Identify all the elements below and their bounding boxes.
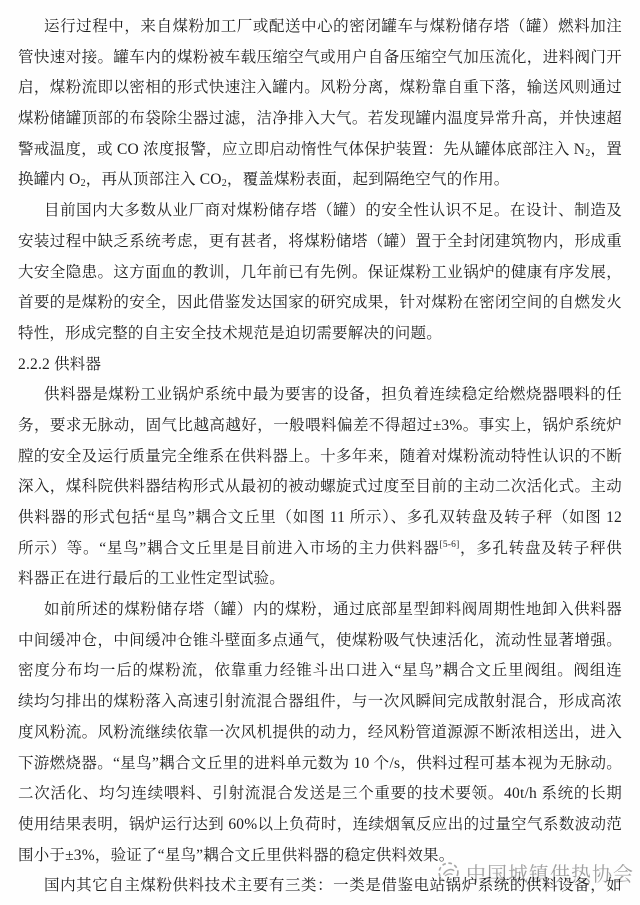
text-line: 换罐内 O2，再从顶部注入 CO2，覆盖煤粉表面，起到隔绝空气的作用。 [18, 165, 622, 196]
citation-superscript: [5-6] [439, 540, 459, 550]
text-line: 供料器是煤粉工业锅炉系统中最为要害的设备，担负着连续稳定给燃烧器喂料的任 [18, 380, 622, 411]
text-line: 深入，煤科院供料器结构形式从最初的被动螺旋式过度至目前的主动二次活化式。主动 [18, 472, 622, 503]
text-line: 密度分布均一后的煤粉流，依靠重力经锥斗出口进入“星鸟”耦合文丘里阀组。阀组连 [18, 656, 622, 687]
text-line: 围小于±3%，验证了“星鸟”耦合文丘里供料器的稳定供料效果。 [18, 841, 622, 872]
text-line: 警戒温度，或 CO 浓度报警，应立即启动惰性气体保护装置：先从罐体底部注入 N2… [18, 135, 622, 166]
text-line: 特性，形成完整的自主安全技术规范是迫切需要解决的问题。 [18, 319, 622, 350]
text-line: 膛的安全及运行质量完全维系在供料器上。十多年来，随着对煤粉流动特性认识的不断 [18, 442, 622, 473]
text-line: 运行过程中，来自煤粉加工厂或配送中心的密闭罐车与煤粉储存塔（罐）燃料加注 [18, 12, 622, 43]
text-line: 煤粉储罐顶部的布袋除尘器过滤，洁净排入大气。若发现罐内温度异常升高，并快速超 [18, 104, 622, 135]
text-line: 二次活化、均匀连续喂料、引射流混合发送是三个重要的技术要领。40t/h 系统的长… [18, 779, 622, 810]
text-line: 下游燃烧器。“星鸟”耦合文丘里的进料单元数为 10 个/s，供料过程可基本视为无… [18, 749, 622, 780]
text-line: 务，要求无脉动，固气比越高越好，一般喂料偏差不得超过±3%。事实上，锅炉系统炉 [18, 411, 622, 442]
document-body: 运行过程中，来自煤粉加工厂或配送中心的密闭罐车与煤粉储存塔（罐）燃料加注管快速对… [18, 12, 622, 902]
text-line: 度风粉流。风粉流继续依靠一次风机提供的动力，经风粉管道源源不断浓相送出，进入 [18, 718, 622, 749]
text-line: 所示）等。“星鸟”耦合文丘里是目前进入市场的主力供料器[5-6]，多孔转盘及转子… [18, 534, 622, 565]
section-heading: 2.2.2 供料器 [18, 350, 622, 381]
text-line: 首要的是煤粉的安全，因此借鉴发达国家的研究成果，针对煤粉在密闭空间的自燃发火 [18, 288, 622, 319]
text-line: 如前所述的煤粉储存塔（罐）内的煤粉，通过底部星型卸料阀周期性地卸入供料器 [18, 595, 622, 626]
text-line: 供料器的形式包括“星鸟”耦合文丘里（如图 11 所示）、多孔双转盘及转子秤（如图… [18, 503, 622, 534]
text-line: 续均匀排出的煤粉落入高速引射流混合器组件，与一次风瞬间完成散射混合，形成高浓 [18, 687, 622, 718]
text-line: 中间缓冲仓，中间缓冲仓锥斗壁面多点通气，使煤粉吸气快速活化，流动性显著增强。 [18, 626, 622, 657]
text-line: 目前国内大多数从业厂商对煤粉储存塔（罐）的安全性认识不足。在设计、制造及 [18, 196, 622, 227]
text-line: 启，煤粉流即以密相的形式快速注入罐内。风粉分离，煤粉靠自重下落，输送风则通过 [18, 73, 622, 104]
text-line: 料器正在进行最后的工业性定型试验。 [18, 564, 622, 595]
text-line: 大安全隐患。这方面血的教训，几年前已有先例。保证煤粉工业锅炉的健康有序发展， [18, 258, 622, 289]
text-line: 国内其它自主煤粉供料技术主要有三类：一类是借鉴电站锅炉系统的供料设备，如 [18, 871, 622, 902]
text-line: 使用结果表明，锅炉运行达到 60%以上负荷时，连续烟氧反应出的过量空气系数波动范 [18, 810, 622, 841]
text-line: 安装过程中缺乏系统考虑，更有甚者，将煤粉储塔（罐）置于全封闭建筑物内，形成重 [18, 227, 622, 258]
text-line: 管快速对接。罐车内的煤粉被车载压缩空气或用户自备压缩空气加压流化，进料阀门开 [18, 43, 622, 74]
